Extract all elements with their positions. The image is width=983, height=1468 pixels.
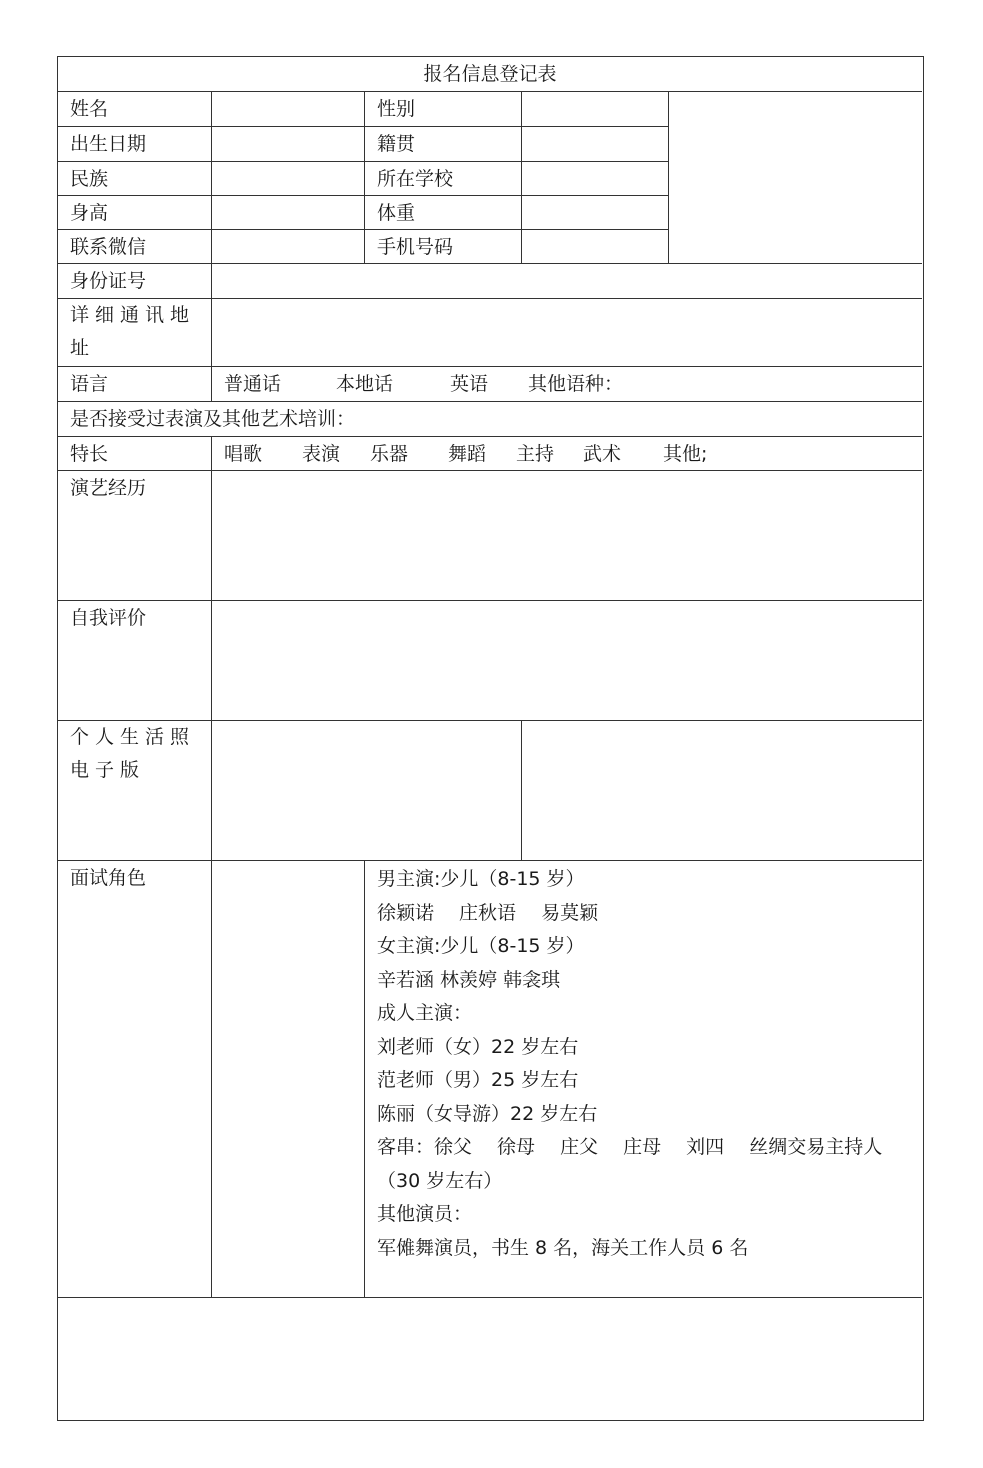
language-option-mandarin[interactable]: 普通话 xyxy=(224,367,336,401)
audition-role-field[interactable] xyxy=(212,861,365,1298)
specialty-label: 特长 xyxy=(58,437,212,471)
ethnicity-label: 民族 xyxy=(58,162,212,196)
specialty-option-acting[interactable]: 表演 xyxy=(302,437,370,471)
role-line: 军傩舞演员，书生 8 名，海关工作人员 6 名 xyxy=(377,1232,912,1266)
id-number-field[interactable] xyxy=(212,264,922,299)
native-place-field[interactable] xyxy=(522,127,669,162)
role-line: 其他演员： xyxy=(377,1198,912,1232)
phone-label: 手机号码 xyxy=(365,230,522,264)
language-option-other[interactable]: 其他语种： xyxy=(528,367,623,401)
form-title: 报名信息登记表 xyxy=(58,57,922,92)
role-line: 女主演:少儿（8-15 岁） xyxy=(377,930,912,964)
wechat-field[interactable] xyxy=(212,230,365,264)
self-eval-field[interactable] xyxy=(212,601,922,721)
id-number-label: 身份证号 xyxy=(58,264,212,299)
weight-field[interactable] xyxy=(522,196,669,230)
life-photo-slot-2[interactable] xyxy=(522,721,922,861)
self-eval-label: 自我评价 xyxy=(58,601,212,721)
phone-field[interactable] xyxy=(522,230,669,264)
role-line: 成人主演： xyxy=(377,997,912,1031)
height-field[interactable] xyxy=(212,196,365,230)
school-field[interactable] xyxy=(522,162,669,196)
experience-label: 演艺经历 xyxy=(58,471,212,601)
name-label: 姓名 xyxy=(58,92,212,127)
specialty-option-singing[interactable]: 唱歌 xyxy=(224,437,302,471)
ethnicity-field[interactable] xyxy=(212,162,365,196)
experience-field[interactable] xyxy=(212,471,922,601)
gender-label: 性别 xyxy=(365,92,522,127)
language-option-english[interactable]: 英语 xyxy=(450,367,528,401)
language-option-local[interactable]: 本地话 xyxy=(336,367,450,401)
address-field[interactable] xyxy=(212,299,922,367)
specialty-option-hosting[interactable]: 主持 xyxy=(516,437,583,471)
specialty-option-dance[interactable]: 舞蹈 xyxy=(448,437,516,471)
role-line: 刘老师（女）22 岁左右 xyxy=(377,1031,912,1065)
role-line: 范老师（男）25 岁左右 xyxy=(377,1064,912,1098)
role-line: 男主演:少儿（8-15 岁） xyxy=(377,863,912,897)
address-label: 详细通讯地址 xyxy=(58,299,212,367)
language-label: 语言 xyxy=(58,367,212,402)
role-line: 辛若涵 林羡婷 韩衾琪 xyxy=(377,964,912,998)
birth-field[interactable] xyxy=(212,127,365,162)
native-place-label: 籍贯 xyxy=(365,127,522,162)
height-label: 身高 xyxy=(58,196,212,230)
role-line: 徐颖诺 庄秋语 易莫颖 xyxy=(377,897,912,931)
gender-field[interactable] xyxy=(522,92,669,127)
life-photo-label: 个人生活照电子版 xyxy=(58,721,212,861)
birth-label: 出生日期 xyxy=(58,127,212,162)
role-line: 客串：徐父 徐母 庄父 庄母 刘四 丝绸交易主持人 （30 岁左右） xyxy=(377,1131,912,1198)
specialty-options: 唱歌表演乐器舞蹈主持武术其他; xyxy=(212,437,922,471)
specialty-option-other[interactable]: 其他; xyxy=(663,437,707,471)
wechat-label: 联系微信 xyxy=(58,230,212,264)
specialty-option-instrument[interactable]: 乐器 xyxy=(370,437,448,471)
footer-blank-field[interactable] xyxy=(58,1298,922,1419)
id-photo-box[interactable] xyxy=(669,92,922,264)
training-question[interactable]: 是否接受过表演及其他艺术培训： xyxy=(58,402,922,437)
language-options: 普通话本地话英语其他语种： xyxy=(212,367,922,402)
audition-role-label: 面试角色 xyxy=(58,861,212,1298)
school-label: 所在学校 xyxy=(365,162,522,196)
specialty-option-martial-arts[interactable]: 武术 xyxy=(583,437,663,471)
weight-label: 体重 xyxy=(365,196,522,230)
role-line: 陈丽（女导游）22 岁左右 xyxy=(377,1098,912,1132)
life-photo-slot-1[interactable] xyxy=(212,721,522,861)
name-field[interactable] xyxy=(212,92,365,127)
registration-form: 报名信息登记表 姓名 性别 出生日期 籍贯 民族 所在学校 身高 体重 联系微信… xyxy=(57,56,924,1421)
audition-role-list: 男主演:少儿（8-15 岁） 徐颖诺 庄秋语 易莫颖 女主演:少儿（8-15 岁… xyxy=(365,861,922,1298)
